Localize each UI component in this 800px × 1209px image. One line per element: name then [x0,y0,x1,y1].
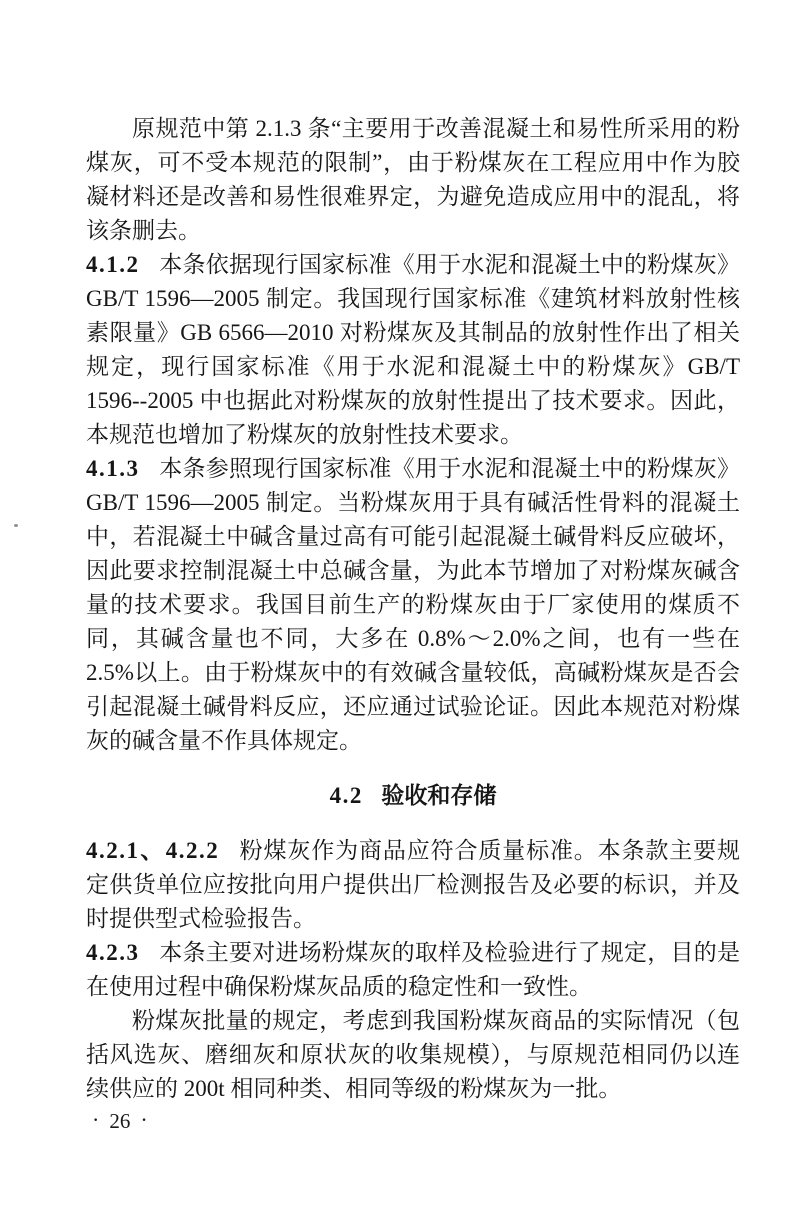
clause-number-4-1-2: 4.1.2 [86,252,140,277]
page-number: 26 [109,1108,130,1134]
clause-4-1-3: 4.1.3本条参照现行国家标准《用于水泥和混凝土中的粉煤灰》GB/T 1596—… [86,452,740,758]
heading-number: 4.2 [330,783,363,808]
section-heading-4-2: 4.2验收和存储 [86,779,740,813]
paragraph-intro: 原规范中第 2.1.3 条“主要用于改善混凝土和易性所采用的粉煤灰，可不受本规范… [86,112,740,248]
clause-number-4-1-3: 4.1.3 [86,456,140,481]
footer-dot-left: · [92,1107,99,1133]
clause-number-4-2-3: 4.2.3 [86,940,140,965]
paragraph-batch-rule: 粉煤灰批量的规定，考虑到我国粉煤灰商品的实际情况（包括风选灰、磨细灰和原状灰的收… [86,1004,740,1106]
clause-text-4-2-3: 本条主要对进场粉煤灰的取样及检验进行了规定，目的是在使用过程中确保粉煤灰品质的稳… [86,940,740,999]
clause-number-4-2-1-4-2-2: 4.2.1、4.2.2 [86,838,219,863]
clause-text-4-1-2: 本条依据现行国家标准《用于水泥和混凝土中的粉煤灰》GB/T 1596—2005 … [86,252,740,447]
clause-text-4-1-3: 本条参照现行国家标准《用于水泥和混凝土中的粉煤灰》GB/T 1596—2005 … [86,456,740,753]
scan-speck [14,524,18,527]
clause-4-2-3: 4.2.3本条主要对进场粉煤灰的取样及检验进行了规定，目的是在使用过程中确保粉煤… [86,936,740,1004]
document-page: 原规范中第 2.1.3 条“主要用于改善混凝土和易性所采用的粉煤灰，可不受本规范… [0,0,800,1209]
clause-4-2-1-4-2-2: 4.2.1、4.2.2粉煤灰作为商品应符合质量标准。本条款主要规定供货单位应按批… [86,834,740,936]
footer-dot-right: · [140,1107,147,1133]
page-footer: · 26 · [92,1108,148,1134]
page-content: 原规范中第 2.1.3 条“主要用于改善混凝土和易性所采用的粉煤灰，可不受本规范… [86,112,740,1106]
heading-title: 验收和存储 [381,783,496,808]
clause-4-1-2: 4.1.2本条依据现行国家标准《用于水泥和混凝土中的粉煤灰》GB/T 1596—… [86,248,740,452]
